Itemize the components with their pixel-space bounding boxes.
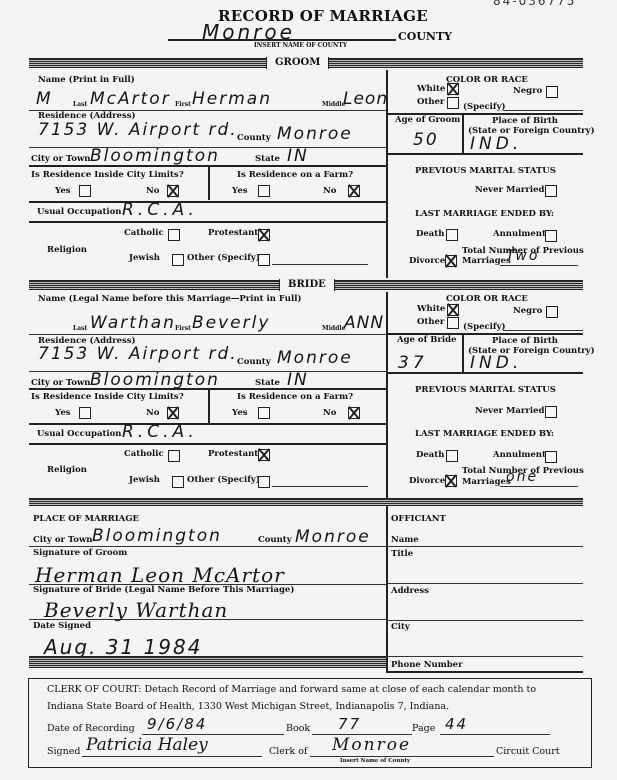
bride-section-band: BRIDE <box>29 280 583 290</box>
bride-city-limits-yes-label: Yes <box>55 408 71 418</box>
bride-occupation-label: Usual Occupation <box>37 429 121 439</box>
groom-race-negro-checkbox[interactable] <box>546 86 558 98</box>
bride-race-negro-checkbox[interactable] <box>546 306 558 318</box>
groom-divorce-checkbox[interactable] <box>445 255 457 267</box>
bride-age-divider <box>462 333 464 373</box>
clerk-instructions-line-2: Indiana State Board of Health, 1330 West… <box>47 701 449 712</box>
groom-occupation-line <box>29 221 386 223</box>
groom-farm-yes-label: Yes <box>232 186 248 196</box>
groom-section-band: GROOM <box>29 58 583 68</box>
bride-religion-other-label: Other (Specify) <box>187 475 260 485</box>
place-section-band <box>29 498 583 506</box>
groom-race-white-checkbox[interactable] <box>447 83 459 95</box>
officiant-title-line <box>386 583 583 584</box>
bride-religion-jewish-label: Jewish <box>129 475 160 485</box>
groom-age-line <box>386 153 583 155</box>
groom-race-white-label: White <box>417 84 445 94</box>
groom-city-limits-yes-label: Yes <box>55 186 71 196</box>
groom-birth-place[interactable]: IND. <box>470 134 522 154</box>
groom-middle-label: Middle <box>322 101 345 108</box>
groom-farm-yes-checkbox[interactable] <box>258 185 270 197</box>
bride-religion-catholic-label: Catholic <box>124 449 164 459</box>
book-label: Book <box>286 723 310 734</box>
bride-death-checkbox[interactable] <box>446 450 458 462</box>
groom-religion-other-line <box>272 264 368 265</box>
bride-city-label: City or Town <box>31 378 90 388</box>
bride-race-specify-label: (Specify) <box>463 322 506 332</box>
officiant-bottom-line <box>386 671 583 673</box>
groom-annulment-label: Annulment <box>493 229 546 239</box>
groom-county-label: County <box>237 133 271 143</box>
signed-line <box>82 756 262 757</box>
bride-religion-other-checkbox[interactable] <box>258 476 270 488</box>
groom-signature-label: Signature of Groom <box>33 548 127 558</box>
groom-religion-protestant-label: Protestant <box>208 228 258 238</box>
county-underline <box>168 39 396 41</box>
clerk-of-line <box>310 756 494 757</box>
bride-residence[interactable]: 7153 W. Airport rd. <box>38 344 238 364</box>
groom-occupation[interactable]: R.C.A. <box>122 200 198 220</box>
groom-middle-name[interactable]: Leon <box>343 89 388 109</box>
officiant-name-label: Name <box>391 535 419 545</box>
bride-age-line <box>386 372 583 374</box>
groom-residence-divider <box>208 165 210 200</box>
clerk-of-county[interactable]: Monroe <box>332 735 411 755</box>
bride-city-limits-yes-checkbox[interactable] <box>79 407 91 419</box>
bride-name-label: Name (Legal Name before this Marriage—Pr… <box>38 294 301 304</box>
groom-religion-other-label: Other (Specify) <box>187 253 260 263</box>
groom-section-label: GROOM <box>266 57 329 69</box>
groom-residence[interactable]: 7153 W. Airport rd. <box>38 120 238 140</box>
bride-last-name[interactable]: Warthan <box>90 313 176 333</box>
page-label: Page <box>412 723 435 734</box>
bride-annulment-label: Annulment <box>493 450 546 460</box>
bride-race-other-checkbox[interactable] <box>447 317 459 329</box>
bride-race-white-label: White <box>417 304 445 314</box>
bride-signature-label: Signature of Bride (Legal Name Before Th… <box>33 585 294 595</box>
bride-birth-place[interactable]: IND. <box>470 353 522 373</box>
bride-prev-status-header: PREVIOUS MARITAL STATUS <box>415 385 556 395</box>
bride-never-married-checkbox[interactable] <box>545 406 557 418</box>
bride-occupation[interactable]: R.C.A. <box>122 422 198 442</box>
page-line <box>440 734 550 735</box>
clerk-of-label: Clerk of <box>269 746 307 757</box>
groom-divorce-label: Divorce <box>409 256 445 266</box>
bride-race-other-label: Other <box>417 317 444 327</box>
bride-age-label: Age of Bride <box>397 335 456 345</box>
groom-limits-line <box>29 201 386 203</box>
bride-city[interactable]: Bloomington <box>90 370 220 390</box>
place-city-line <box>29 546 386 547</box>
officiant-title-label: Title <box>391 549 413 559</box>
bride-middle-name[interactable]: ANN <box>344 313 384 333</box>
groom-religion-jewish-label: Jewish <box>129 253 160 263</box>
groom-never-married-label: Never Married <box>475 185 544 195</box>
bride-limits-line <box>29 423 386 425</box>
groom-first-name[interactable]: Herman <box>192 89 272 109</box>
groom-last-ended-header: LAST MARRIAGE ENDED BY: <box>415 209 554 219</box>
bride-religion-protestant-checkbox[interactable] <box>258 449 270 461</box>
groom-prefix: M <box>36 89 53 109</box>
bride-occupation-line <box>29 443 386 445</box>
bride-birth-label-1: Place of Birth <box>492 336 558 346</box>
bride-farm-yes-label: Yes <box>232 408 248 418</box>
groom-race-specify-line <box>503 110 583 111</box>
bride-county-label: County <box>237 357 271 367</box>
page-number[interactable]: 44 <box>445 715 468 733</box>
bride-race-white-checkbox[interactable] <box>447 304 459 316</box>
book-number[interactable]: 77 <box>338 715 361 733</box>
place-county[interactable]: Monroe <box>295 527 371 547</box>
signed-label: Signed <box>47 746 80 757</box>
bride-religion-jewish-checkbox[interactable] <box>172 476 184 488</box>
groom-death-label: Death <box>416 229 444 239</box>
bride-total-prev-line <box>500 486 578 487</box>
groom-last-name[interactable]: McArtor <box>90 89 171 109</box>
groom-religion-jewish-checkbox[interactable] <box>172 254 184 266</box>
officiant-phone-label: Phone Number <box>391 660 463 670</box>
groom-city-limits-question: Is Residence Inside City Limits? <box>31 170 184 180</box>
bride-city-limits-question: Is Residence Inside City Limits? <box>31 392 184 402</box>
groom-religion-label: Religion <box>47 245 87 255</box>
recording-date-label: Date of Recording <box>47 723 135 734</box>
groom-religion-other-checkbox[interactable] <box>258 254 270 266</box>
place-city[interactable]: Bloomington <box>92 526 222 546</box>
groom-city[interactable]: Bloomington <box>90 146 220 166</box>
officiant-city-label: City <box>391 622 410 632</box>
groom-religion-protestant-checkbox[interactable] <box>258 229 270 241</box>
bride-religion-protestant-label: Protestant <box>208 449 258 459</box>
date-signed-band <box>29 656 386 668</box>
bride-first-name[interactable]: Beverly <box>192 313 270 333</box>
document-number: 84-036775 <box>493 0 576 8</box>
groom-total-prev-marriages[interactable]: Two <box>506 248 539 264</box>
officiant-header: OFFICIANT <box>391 514 446 524</box>
groom-never-married-checkbox[interactable] <box>545 185 557 197</box>
groom-city-limits-yes-checkbox[interactable] <box>79 185 91 197</box>
bride-farm-no-checkbox[interactable] <box>348 407 360 419</box>
groom-age[interactable]: 50 <box>413 130 439 150</box>
groom-first-label: First <box>175 101 191 108</box>
bride-state[interactable]: IN <box>287 370 309 390</box>
groom-race-other-checkbox[interactable] <box>447 97 459 109</box>
place-city-label: City or Town <box>33 535 92 545</box>
bride-section-label: BRIDE <box>279 279 335 291</box>
bride-column-divider <box>386 292 388 498</box>
bride-farm-no-label: No <box>323 408 336 418</box>
groom-age-divider <box>462 113 464 153</box>
bride-county[interactable]: Monroe <box>277 348 353 368</box>
groom-race-negro-label: Negro <box>513 86 542 96</box>
groom-farm-no-label: No <box>323 186 336 196</box>
groom-city-limits-no-label: No <box>146 186 159 196</box>
bride-farm-question: Is Residence on a Farm? <box>237 392 353 402</box>
officiant-city-line <box>386 656 583 657</box>
bride-divorce-checkbox[interactable] <box>445 475 457 487</box>
bride-race-specify-line <box>503 330 583 331</box>
bride-race-header: COLOR OR RACE <box>446 294 528 304</box>
officiant-address-label: Address <box>391 586 429 596</box>
clerk-signature[interactable]: Patricia Haley <box>86 735 208 755</box>
groom-occupation-label: Usual Occupation <box>37 207 121 217</box>
groom-birth-label-1: Place of Birth <box>492 116 558 126</box>
groom-race-specify-label: (Specify) <box>463 102 506 112</box>
bride-race-negro-label: Negro <box>513 306 542 316</box>
groom-city-limits-no-checkbox[interactable] <box>167 185 179 197</box>
bride-age[interactable]: 37 <box>398 353 428 373</box>
groom-county[interactable]: Monroe <box>277 124 353 144</box>
bride-last-ended-header: LAST MARRIAGE ENDED BY: <box>415 429 554 439</box>
officiant-name-line <box>386 546 583 547</box>
groom-death-checkbox[interactable] <box>446 229 458 241</box>
groom-last-label: Last <box>73 101 87 108</box>
county-label: COUNTY <box>398 30 452 43</box>
bride-religion-other-line <box>272 486 368 487</box>
bride-city-limits-no-label: No <box>146 408 159 418</box>
bride-never-married-label: Never Married <box>475 406 544 416</box>
bride-middle-label: Middle <box>322 325 345 332</box>
bride-first-label: First <box>175 325 191 332</box>
bride-city-limits-no-checkbox[interactable] <box>167 407 179 419</box>
clerk-instructions-line-1: CLERK OF COURT: Detach Record of Marriag… <box>47 684 536 695</box>
groom-annulment-checkbox[interactable] <box>545 230 557 242</box>
bride-residence-divider <box>208 388 210 423</box>
bride-total-prev-marriages[interactable]: One <box>506 469 538 485</box>
bride-farm-yes-checkbox[interactable] <box>258 407 270 419</box>
groom-state[interactable]: IN <box>287 146 309 166</box>
officiant-address-line <box>386 620 583 621</box>
bride-state-label: State <box>255 378 280 388</box>
bride-divorce-label: Divorce <box>409 476 445 486</box>
bride-annulment-checkbox[interactable] <box>545 451 557 463</box>
groom-religion-catholic-label: Catholic <box>124 228 164 238</box>
groom-prev-status-header: PREVIOUS MARITAL STATUS <box>415 166 556 176</box>
groom-religion-catholic-checkbox[interactable] <box>168 229 180 241</box>
date-signed-label: Date Signed <box>33 621 91 631</box>
place-header: PLACE OF MARRIAGE <box>33 514 139 524</box>
recording-date[interactable]: 9/6/84 <box>147 715 207 733</box>
groom-city-label: City or Town <box>31 154 90 164</box>
groom-age-label: Age of Groom <box>395 115 460 125</box>
circuit-court-label: Circuit Court <box>496 746 560 757</box>
place-county-label: County <box>258 535 292 545</box>
bride-signature-line <box>29 619 386 620</box>
bride-religion-label: Religion <box>47 465 87 475</box>
groom-name-label: Name (Print in Full) <box>38 75 135 85</box>
bride-death-label: Death <box>416 450 444 460</box>
clerk-of-hint: Insert Name of County <box>340 758 410 764</box>
place-column-divider <box>386 506 388 672</box>
groom-state-label: State <box>255 154 280 164</box>
groom-farm-question: Is Residence on a Farm? <box>237 170 353 180</box>
bride-name-line <box>29 334 386 335</box>
groom-race-other-label: Other <box>417 97 444 107</box>
bride-religion-catholic-checkbox[interactable] <box>168 450 180 462</box>
groom-farm-no-checkbox[interactable] <box>348 185 360 197</box>
county-hint: INSERT NAME OF COUNTY <box>254 42 347 49</box>
groom-total-prev-line <box>500 265 578 266</box>
bride-last-label: Last <box>73 325 87 332</box>
